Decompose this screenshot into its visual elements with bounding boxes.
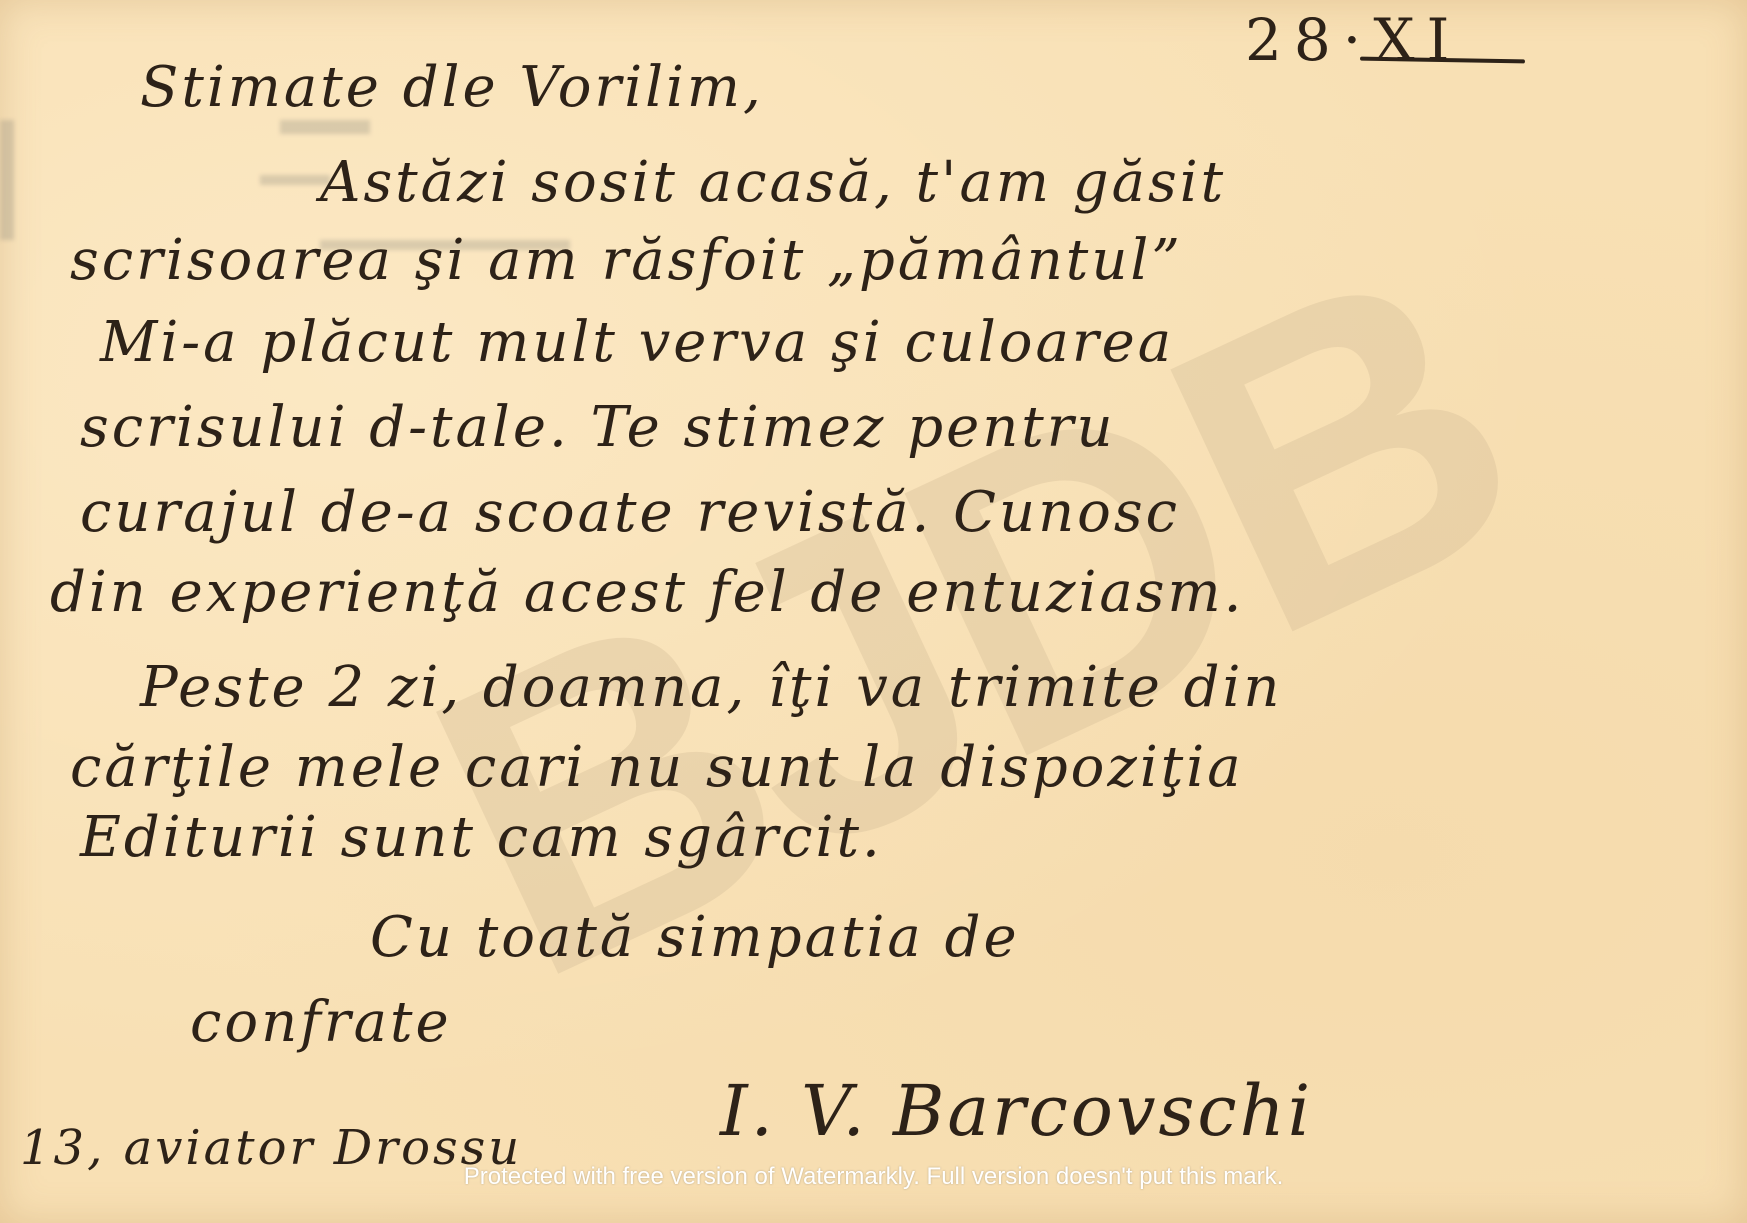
signature: I. V. Barcovschi (720, 1070, 1313, 1152)
letter-line: curajul de-a scoate revistă. Cunosc (80, 480, 1180, 545)
postmark-ghost (280, 120, 370, 134)
letter-line: scrisului d-tale. Te stimez pentru (80, 395, 1116, 460)
letter-line: Peste 2 zi, doamna, îţi va trimite din (140, 655, 1282, 720)
letter-line: scrisoarea şi am răsfoit „pământul” (70, 228, 1183, 293)
letter-line: Editurii sunt cam sgârcit. (80, 805, 883, 870)
postmark-ghost (0, 120, 14, 240)
postcard: BJDB 28·XI Stimate dle Vorilim, Astăzi s… (0, 0, 1747, 1223)
closing: Cu toată simpatia de (370, 905, 1020, 970)
date: 28·XI (1245, 6, 1461, 74)
letter-line: Mi-a plăcut mult verva şi culoarea (100, 310, 1174, 375)
salutation: Stimate dle Vorilim, (140, 55, 764, 120)
watermark-notice: Protected with free version of Watermark… (0, 1163, 1747, 1191)
letter-line: Astăzi sosit acasă, t'am găsit (320, 150, 1226, 215)
letter-line: din experienţă acest fel de entuziasm. (50, 560, 1244, 625)
letter-line: cărţile mele cari nu sunt la dispoziţia (70, 735, 1244, 800)
closing: confrate (190, 990, 452, 1055)
